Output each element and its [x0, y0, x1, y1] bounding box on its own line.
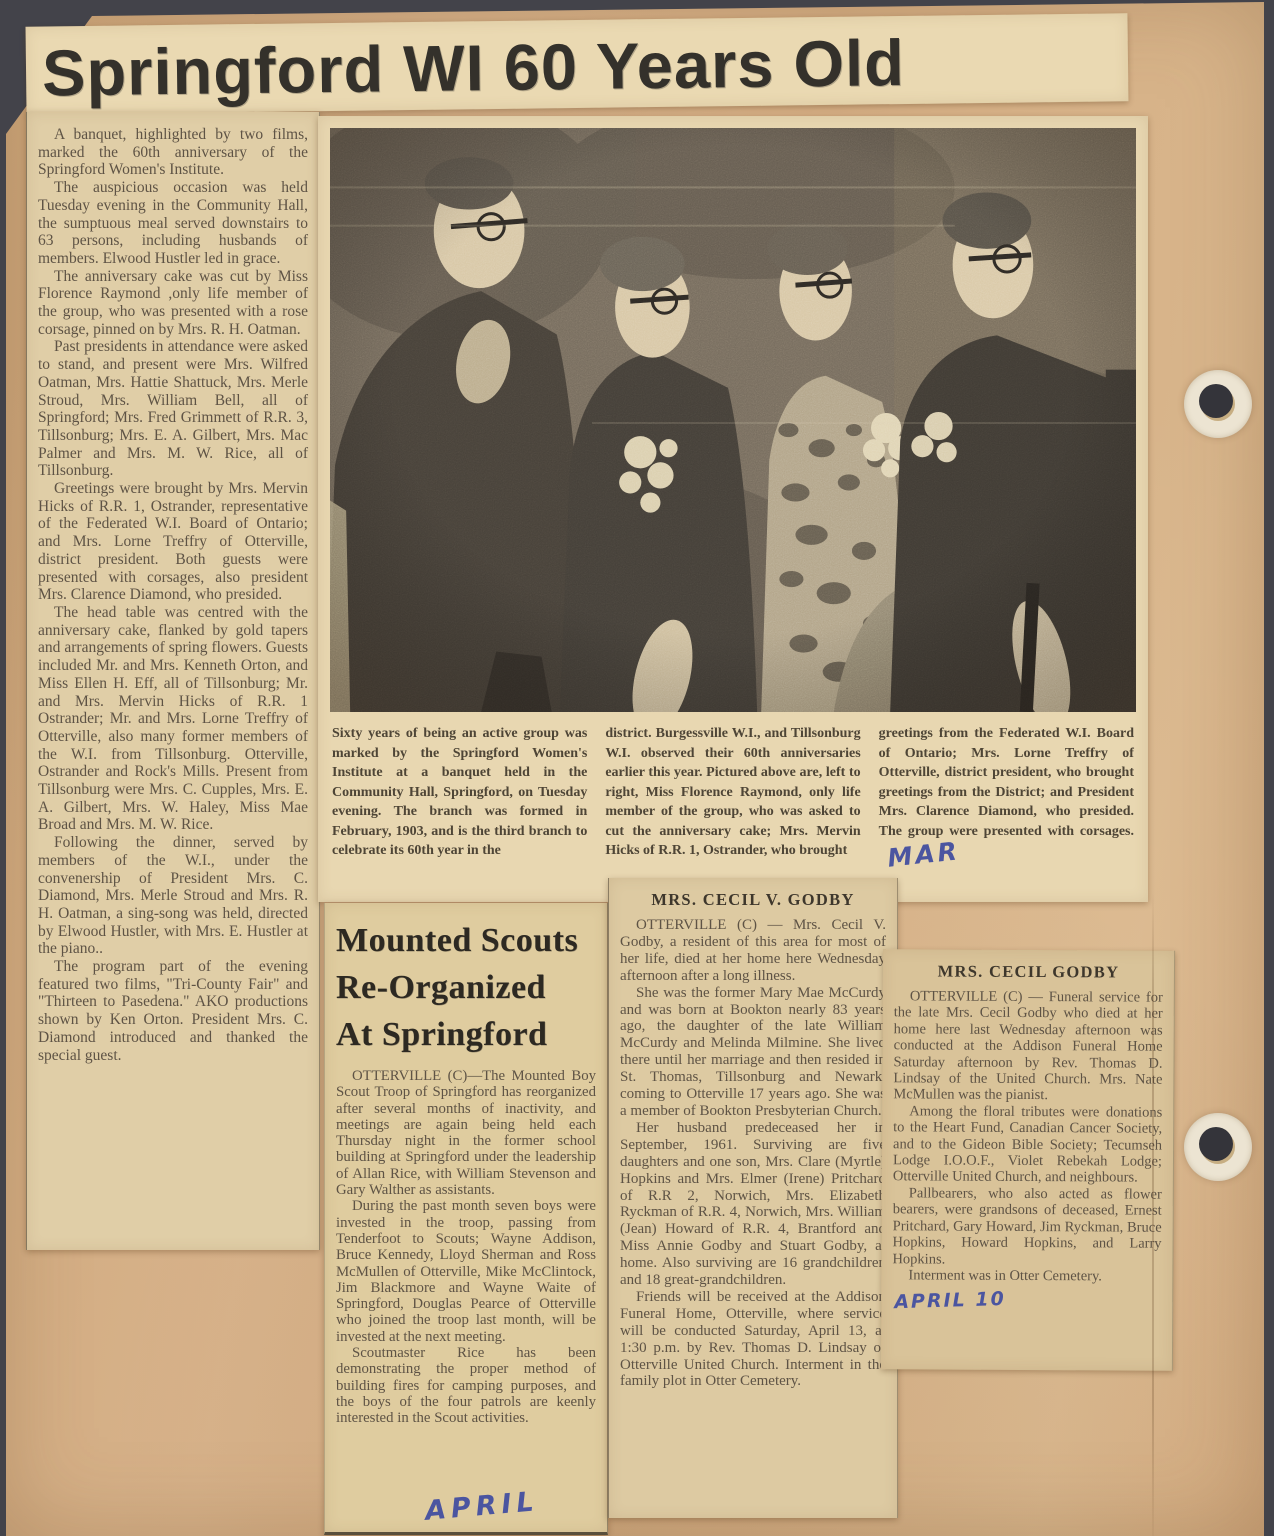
scouts-headline: Mounted Scouts Re-Organized At Springfor…	[336, 917, 596, 1058]
caption-column-2: district. Burgessville W.I., and Tillson…	[605, 724, 860, 866]
banquet-photo	[330, 128, 1136, 712]
scouts-headline-line-3: At Springford	[336, 1011, 596, 1058]
obituary-cecil-godby-clipping: MRS. CECIL GODBY OTTERVILLE (C) — Funera…	[881, 949, 1175, 1371]
obituary-1-title: MRS. CECIL V. GODBY	[620, 890, 886, 910]
paragraph: Past presidents in attendance were asked…	[38, 338, 308, 480]
obituary-2-text: OTTERVILLE (C) — Funeral service for the…	[892, 988, 1163, 1285]
main-article-clipping: A banquet, highlighted by two films, mar…	[26, 112, 320, 1250]
handwritten-mar-annotation: MAR	[886, 841, 960, 868]
caption-column-3: greetings from the Federated W.I. Board …	[879, 724, 1134, 866]
paragraph: She was the former Mary Mae McCurdy and …	[620, 985, 886, 1120]
caption-column-3-text: greetings from the Federated W.I. Board …	[879, 726, 1134, 839]
scrapbook-scan: Springford WI 60 Years Old A banquet, hi…	[0, 0, 1274, 1536]
obituary-cecil-v-godby-clipping: MRS. CECIL V. GODBY OTTERVILLE (C) — Mrs…	[608, 878, 898, 1518]
scouts-article-text: OTTERVILLE (C)—The Mounted Boy Scout Tro…	[336, 1068, 596, 1427]
handwritten-april-10-annotation: APRIL 10	[894, 1288, 1006, 1313]
obituary-2-title: MRS. CECIL GODBY	[894, 961, 1163, 982]
paragraph: The program part of the evening featured…	[38, 958, 308, 1064]
banquet-photo-illustration	[330, 128, 1136, 712]
paragraph: Greetings were brought by Mrs. Mervin Hi…	[38, 480, 308, 604]
main-article-text: A banquet, highlighted by two films, mar…	[38, 126, 308, 1064]
binder-hole-bottom	[1184, 1113, 1252, 1181]
paragraph: Her husband predeceased her in September…	[620, 1120, 886, 1289]
handwritten-april-annotation: APRIL	[424, 1486, 540, 1527]
paper-crease	[1152, 893, 1154, 1536]
paragraph: Interment was in Otter Cemetery.	[892, 1267, 1161, 1285]
paragraph: The anniversary cake was cut by Miss Flo…	[38, 268, 308, 339]
paragraph: OTTERVILLE (C) — Mrs. Cecil V. Godby, a …	[620, 917, 886, 985]
binder-hole-top-punch	[1199, 384, 1233, 418]
paragraph: Scoutmaster Rice has been demonstrating …	[336, 1345, 596, 1426]
photo-caption: Sixty years of being an active group was…	[330, 712, 1138, 866]
binder-hole-bottom-punch	[1199, 1127, 1233, 1161]
caption-column-1: Sixty years of being an active group was…	[332, 724, 587, 866]
paragraph: During the past month seven boys were in…	[336, 1198, 596, 1345]
paragraph: Among the floral tributes were donations…	[893, 1103, 1162, 1186]
binder-hole-top	[1184, 370, 1252, 438]
headline-clipping: Springford WI 60 Years Old	[26, 13, 1129, 114]
paragraph: Pallbearers, who also acted as flower be…	[892, 1185, 1161, 1268]
paragraph: OTTERVILLE (C) — Funeral service for the…	[893, 988, 1163, 1104]
paragraph: Friends will be received at the Addison …	[620, 1289, 886, 1390]
scouts-headline-line-2: Re-Organized	[336, 964, 596, 1011]
obituary-1-text: OTTERVILLE (C) — Mrs. Cecil V. Godby, a …	[620, 917, 886, 1390]
scouts-article-clipping: Mounted Scouts Re-Organized At Springfor…	[324, 903, 608, 1535]
headline: Springford WI 60 Years Old	[42, 24, 906, 110]
paragraph: The head table was centred with the anni…	[38, 604, 308, 834]
scouts-headline-line-1: Mounted Scouts	[336, 917, 596, 964]
paragraph: OTTERVILLE (C)—The Mounted Boy Scout Tro…	[336, 1068, 596, 1198]
paragraph: A banquet, highlighted by two films, mar…	[38, 126, 308, 179]
photo-clipping: Sixty years of being an active group was…	[318, 116, 1148, 902]
paragraph: Following the dinner, served by members …	[38, 834, 308, 958]
paragraph: The auspicious occasion was held Tuesday…	[38, 179, 308, 268]
